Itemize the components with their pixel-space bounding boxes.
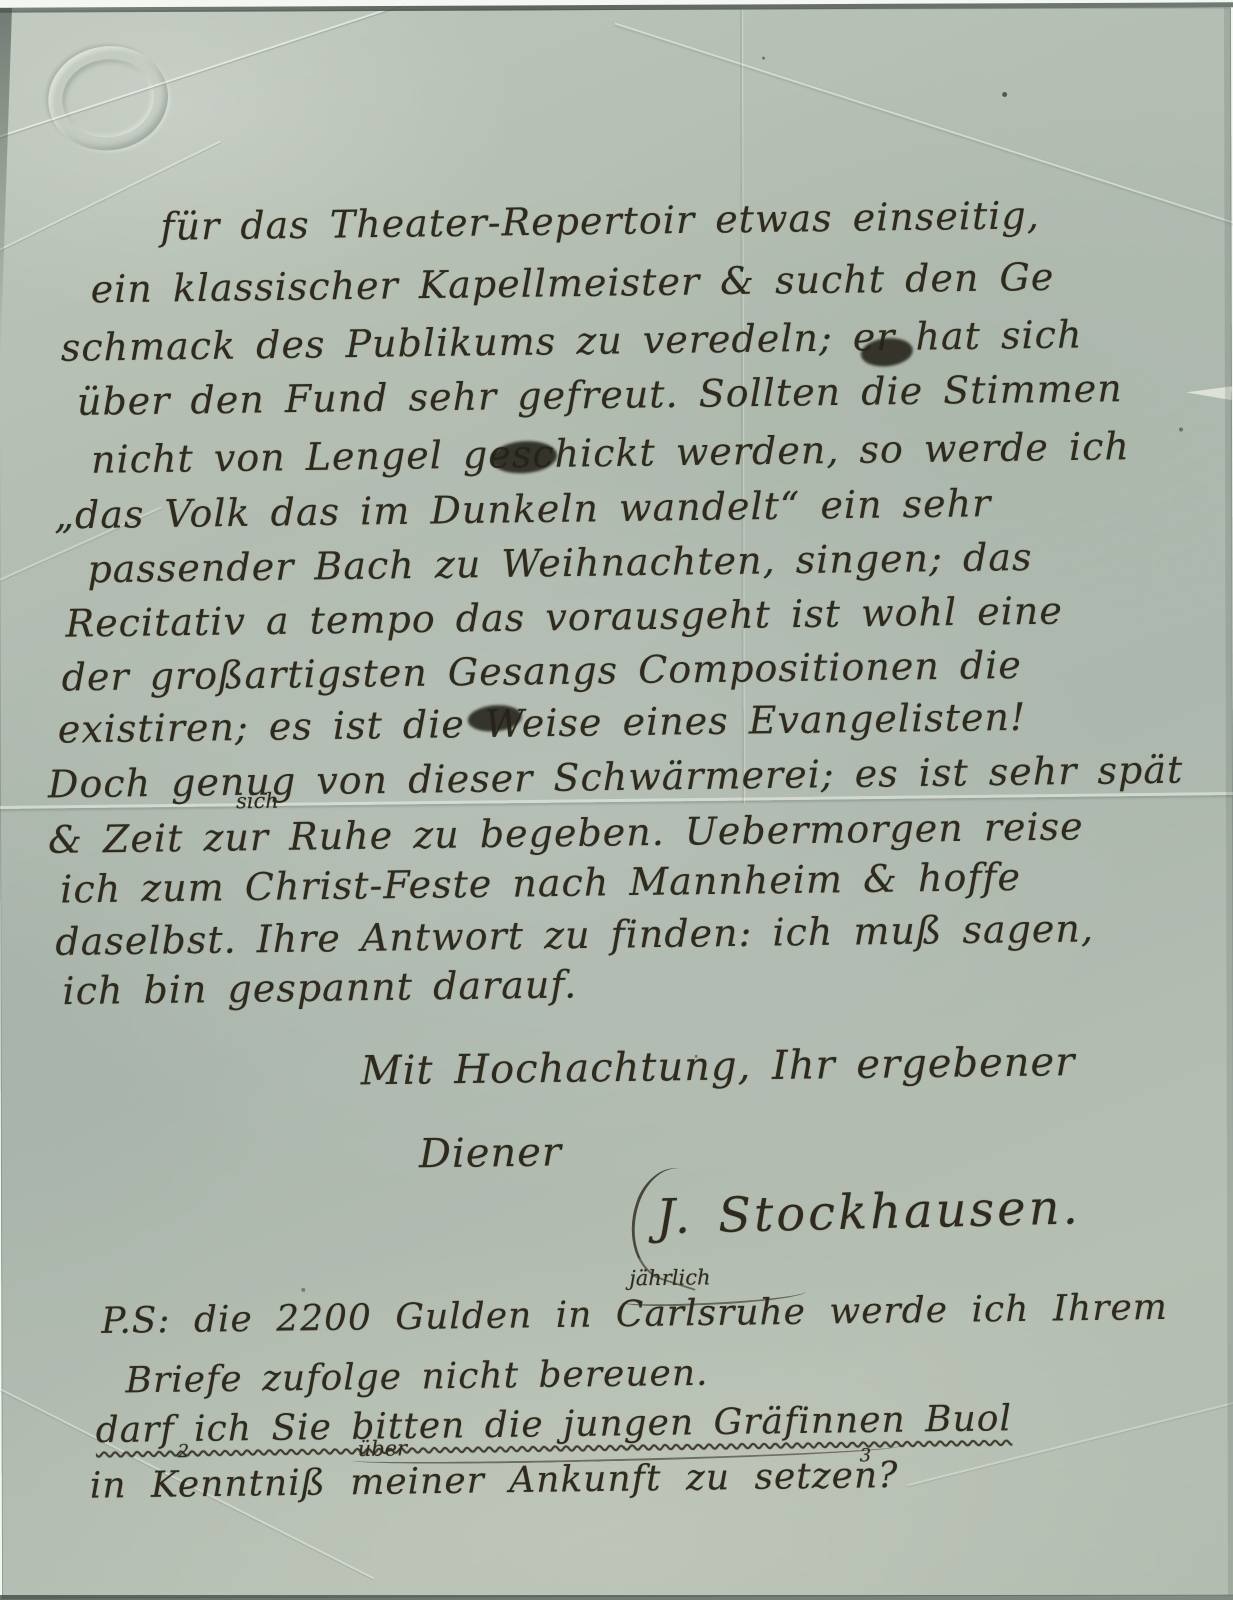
letter-line: schmack des Publikums zu veredeln; er ha… <box>61 314 1083 369</box>
letter-line: existiren; es ist die Weise eines Evange… <box>58 697 1027 751</box>
interline-insert: sich <box>236 790 279 814</box>
letter-line: Recitativ a tempo das vorausgeht ist woh… <box>65 591 1063 646</box>
closing-line: Diener <box>419 1130 563 1176</box>
letter-line: über den Fund sehr gefreut. Sollten die … <box>77 368 1123 423</box>
letter-line: ich zum Christ-Feste nach Mannheim & hof… <box>60 857 1021 911</box>
ps-line: Briefe zufolge nicht bereuen. <box>125 1354 708 1401</box>
letter-line: & Zeit zur Ruhe zu begeben. Uebermorgen … <box>48 806 1084 861</box>
letter-line: nicht von Lengel geschickt werden, so we… <box>91 426 1130 481</box>
ps-line: in Kenntniß meiner Ankunft zu setzen? <box>90 1456 899 1506</box>
scanned-letter-page: für das Theater-Repertoir etwas einseiti… <box>0 0 1233 1600</box>
embossed-seal-inner <box>57 53 159 143</box>
letter-line: der großartigsten Gesangs Compositionen … <box>61 645 1022 699</box>
paper-right-edge <box>1224 7 1233 1595</box>
dust-speck <box>762 57 765 60</box>
letter-line: ich bin gespannt darauf. <box>62 964 577 1013</box>
letter-line: „das Volk das im Dunkeln wandelt“ ein se… <box>54 483 991 537</box>
order-mark: 2 <box>178 1442 190 1462</box>
paper-bottom-edge <box>0 1595 1233 1600</box>
dust-speck <box>1002 92 1007 97</box>
letter-line: für das Theater-Repertoir etwas einseiti… <box>160 195 1040 248</box>
letter-line: daselbst. Ihre Antwort zu finden: ich mu… <box>55 908 1094 963</box>
dust-speck <box>301 1288 305 1292</box>
letter-paper: für das Theater-Repertoir etwas einseiti… <box>0 7 1233 1598</box>
embossed-seal <box>41 38 175 158</box>
closing-line: Mit Hochachtung, Ihr ergebener <box>360 1040 1075 1093</box>
letter-line: passender Bach zu Weihnachten, singen; d… <box>87 537 1033 591</box>
letter-line: ein klassischer Kapellmeister & sucht de… <box>90 257 1054 311</box>
dust-speck <box>1179 428 1183 432</box>
letter-line: Doch genug von dieser Schwärmerei; es is… <box>48 750 1184 807</box>
